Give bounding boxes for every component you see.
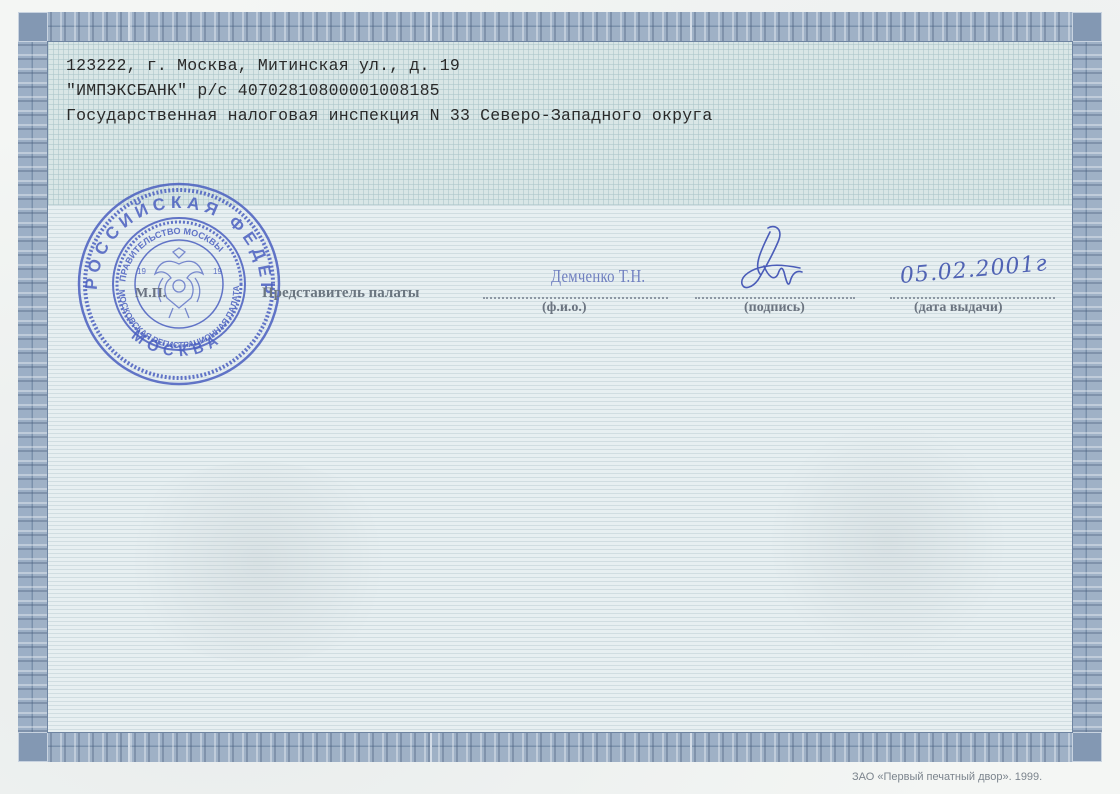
seal-inner-top-text: ПРАВИТЕЛЬСТВО МОСКВЫ — [117, 226, 225, 282]
date-caption: (дата выдачи) — [914, 300, 1003, 316]
watermark-emblem — [768, 422, 1008, 662]
printer-credit: ЗАО «Первый печатный двор». 1999. — [852, 771, 1042, 783]
border-divider — [690, 12, 692, 42]
border-divider — [128, 732, 130, 762]
seal-year-left: 19 — [137, 267, 146, 276]
border-corner-ornament-icon — [18, 732, 48, 762]
seal-year-right: 19 — [213, 267, 222, 276]
double-headed-eagle-icon — [155, 248, 203, 318]
border-divider — [690, 732, 692, 762]
representative-label: Представитель палаты — [262, 285, 420, 302]
address-line: 123222, г. Москва, Митинская ул., д. 19 — [66, 56, 460, 75]
official-seal-stamp: РОССИЙСКАЯ ФЕДЕРАЦИЯ МОСКВА ПРАВИТЕЛЬСТВ… — [67, 178, 291, 390]
border-right — [1072, 12, 1102, 762]
watermark-shade — [108, 462, 408, 662]
border-corner-ornament-icon — [1072, 12, 1102, 42]
tax-office-line: Государственная налоговая инспекция N 33… — [66, 106, 713, 125]
border-corner-ornament-icon — [1072, 732, 1102, 762]
bank-account: р/с 40702810800001008185 — [187, 81, 440, 100]
border-corner-ornament-icon — [18, 12, 48, 42]
border-divider — [430, 732, 432, 762]
bank-line: "ИМПЭКСБАНК" р/с 40702810800001008185 — [66, 81, 440, 100]
border-divider — [128, 12, 130, 42]
representative-name-value: Демченко Т.Н. — [551, 266, 645, 287]
border-bottom — [18, 732, 1102, 762]
bank-name: "ИМПЭКСБАНК" — [66, 81, 187, 100]
name-caption: (ф.и.о.) — [542, 300, 587, 316]
signature-caption: (подпись) — [744, 300, 805, 316]
date-dotted-line — [890, 297, 1055, 299]
handwritten-signature — [734, 222, 814, 302]
name-dotted-line — [483, 297, 668, 299]
border-left — [18, 12, 48, 762]
border-divider — [430, 12, 432, 42]
border-top — [18, 12, 1102, 42]
svg-text:ПРАВИТЕЛЬСТВО МОСКВЫ: ПРАВИТЕЛЬСТВО МОСКВЫ — [117, 226, 225, 282]
seal-place-label: М.П. — [135, 286, 166, 302]
